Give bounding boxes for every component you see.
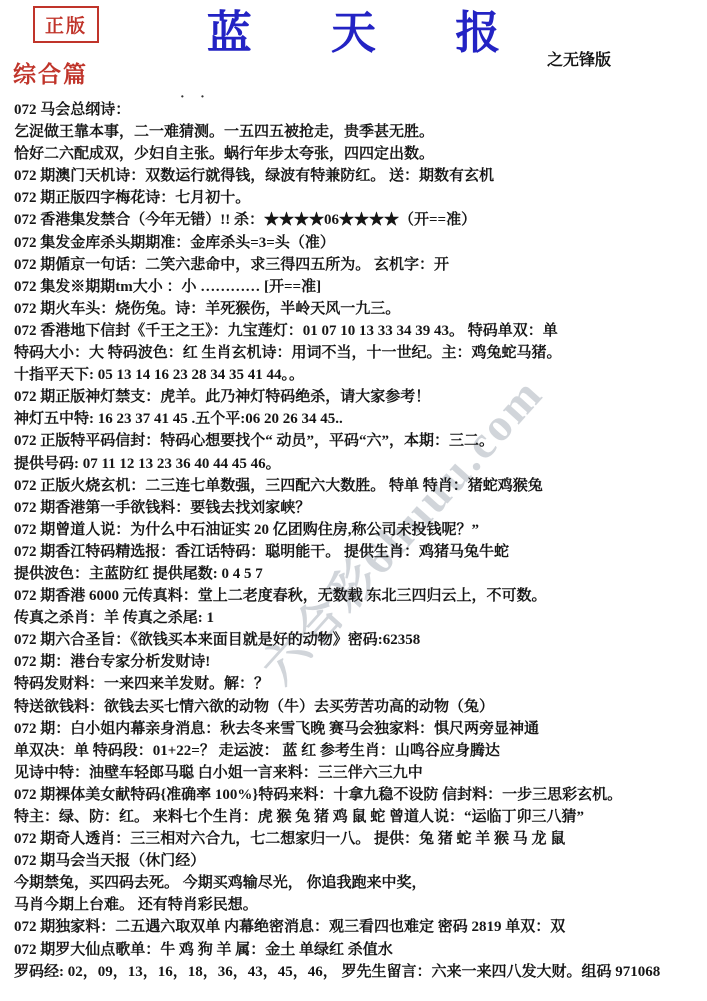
report-line: 见诗中特：油壁车轻郎马聪 白小姐一言来料：三三伴六三九中 [0,762,707,784]
report-line: 072 期正版四字梅花诗：七月初十。 [0,187,707,209]
report-line: 072 期独家料：二五遇六取双单 内幕绝密消息：观三看四也难定 密码 2819 … [0,916,707,938]
report-line: 072 期香江特码精选报：香江话特码：聪明能干。 提供生肖：鸡猪马兔牛蛇 [0,541,707,563]
report-line: 072 期澳门天机诗：双数运行就得钱，绿波有特兼防红。 送：期数有玄机 [0,165,707,187]
report-line: 072 期正版神灯禁支：虎羊。此乃神灯特码绝杀，请大家参考！ [0,386,707,408]
report-line: 恰好二六配成双，少妇自主张。蜗行年步太夸张，四四定出数。 [0,143,707,165]
report-line: 神灯五中特: 16 23 37 41 45 .五个平:06 20 26 34 4… [0,408,707,430]
report-line: 072 正版火烧玄机：二三连七单数强，三四配六大数胜。 特单 特肖：猪蛇鸡猴兔 [0,475,707,497]
report-line: 特送欲钱料：欲钱去买七情六欲的动物（牛）去买劳苦功高的动物（兔） [0,696,707,718]
edition-label: 之无锋版 [547,47,611,70]
report-line: 乞浞做王靠本事，二一难猜测。一五四五被抢走，贵季甚无胜。 [0,121,707,143]
report-line: 072 期：白小姐内幕亲身消息：秋去冬来雪飞晚 赛马会独家料：惧尺两旁显神通 [0,718,707,740]
report-line: 提供号码: 07 11 12 13 23 36 40 44 45 46。 [0,453,707,475]
report-line: 072 马会总纲诗： [0,99,707,121]
report-line: 072 期曾道人说：为什么中石油证实 20 亿团购住房,称公司未投钱呢？” [0,519,707,541]
report-line: 072 期裸体美女献特码{准确率 100%}特码来料：十拿九稳不设防 信封料：一… [0,784,707,806]
report-line: 特码大小：大 特码波色：红 生肖玄机诗：用词不当，十一世纪。主：鸡兔蛇马猪。 [0,342,707,364]
report-line: 十指平天下: 05 13 14 16 23 28 34 35 41 44。。 [0,364,707,386]
report-line: 072 期罗大仙点歌单：牛 鸡 狗 羊 属：金土 单绿红 杀值水 [0,939,707,961]
report-line: 单双决：单 特码段：01+22=？ 走运波： 蓝 红 参考生肖：山鸣谷应身腾达 [0,740,707,762]
report-line: 072 期香港第一手欲钱料：要钱去找刘家峡？ [0,497,707,519]
report-line: 072 期香港 6000 元传真料：堂上二老度春秋，无数载 东北三四归云上，不可… [0,585,707,607]
report-line: 072 香港地下信封《千王之王》：九宝莲灯：01 07 10 13 33 34 … [0,320,707,342]
report-line: 072 期奇人透肖：三三相对六合九，七二想家归一八。 提供：兔 猪 蛇 羊 猴 … [0,828,707,850]
report-line: 072 香港集发禁合（今年无错）!! 杀：★★★★06★★★★（开==准） [0,209,707,231]
report-line: 072 正版特平码信封：特码心想要找个“ 动员”，平码“六”，本期：三二。 [0,430,707,452]
report-line: 072 期马会当天报（休门经） [0,850,707,872]
report-line: 072 集发金库杀头期期准：金库杀头=3=头（准） [0,232,707,254]
report-lines: 072 马会总纲诗：乞浞做王靠本事，二一难猜测。一五四五被抢走，贵季甚无胜。恰好… [0,99,707,983]
report-line: 072 期：港台专家分析发财诗! [0,651,707,673]
report-line: 今期禁兔，买四码去死。 今期买鸡输尽光， 你追我跑来中奖， [0,872,707,894]
report-line: 罗码经: 02，09，13，16，18，36，43，45，46， 罗先生留言：六… [0,961,707,983]
report-line: 072 集发※期期tm大小 ：小 ………… [开==准] [0,276,707,298]
report-line: 072 期火车头：烧伤兔。诗：羊死猴伤，半岭天风一九三。 [0,298,707,320]
section-heading: 综合篇 [13,56,88,89]
report-line: 马肖今期上台难。 还有特肖彩民想。 [0,894,707,916]
report-line: 072 期六合圣旨：《欲钱买本来面目就是好的动物》密码:62358 [0,629,707,651]
report-line: 提供波色：主蓝防红 提供尾数: 0 4 5 7 [0,563,707,585]
report-line: 特主：绿、防：红。 来料七个生肖：虎 猴 兔 猪 鸡 鼠 蛇 曾道人说：“运临丁… [0,806,707,828]
report-line: 传真之杀肖：羊 传真之杀尾: 1 [0,607,707,629]
newspaper-page: 六合彩6huuu.com 正版 蓝 天 报 之无锋版 综合篇 · · 072 马… [0,0,707,1001]
report-line: 072 期偱京一句话：二笑六悲命中，求三得四五所为。 玄机字：开 [0,254,707,276]
report-line: 特码发财料：一来四来羊发财。解：？ [0,673,707,695]
